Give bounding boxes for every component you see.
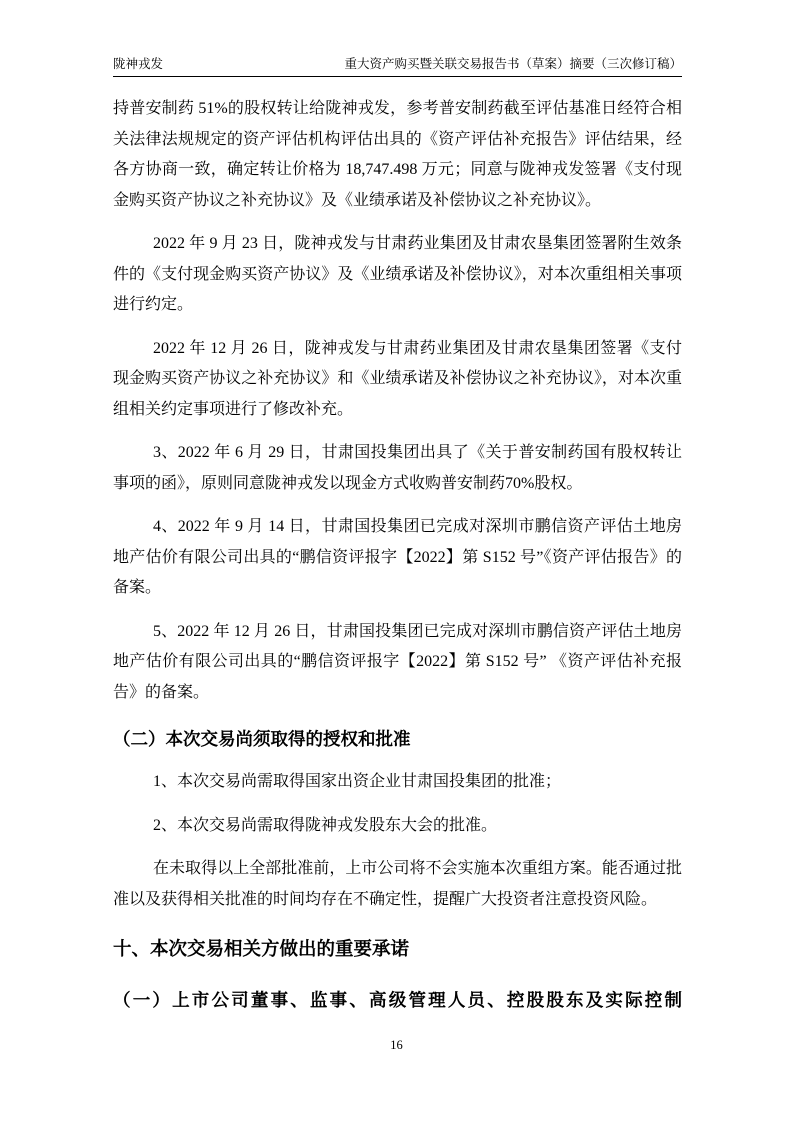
running-header: 陇神戎发 重大资产购买暨关联交易报告书（草案）摘要（三次修订稿） — [113, 56, 682, 77]
paragraph: 3、2022 年 6 月 29 日，甘肃国投集团出具了《关于普安制药国有股权转让… — [113, 438, 682, 499]
document-page: { "header": { "left": "陇神戎发", "right": "… — [0, 0, 793, 1122]
section-heading-listed-company: （一）上市公司董事、监事、高级管理人员、控股股东及实际控制 — [113, 985, 682, 1015]
paragraph: 持普安制药 51%的股权转让给陇神戎发，参考普安制药截至评估基准日经符合相关法律… — [113, 94, 682, 216]
list-item: 1、本次交易尚需取得国家出资企业甘肃国投集团的批准； — [113, 767, 682, 798]
page-number: 16 — [0, 1038, 793, 1053]
paragraph: 2022 年 9 月 23 日，陇神戎发与甘肃药业集团及甘肃农垦集团签署附生效条… — [113, 229, 682, 321]
paragraph: 5、2022 年 12 月 26 日，甘肃国投集团已完成对深圳市鹏信资产评估土地… — [113, 617, 682, 709]
section-heading-authorizations: （二）本次交易尚须取得的授权和批准 — [113, 724, 682, 754]
document-body: 持普安制药 51%的股权转让给陇神戎发，参考普安制药截至评估基准日经符合相关法律… — [113, 94, 682, 1028]
paragraph: 4、2022 年 9 月 14 日，甘肃国投集团已完成对深圳市鹏信资产评估土地房… — [113, 512, 682, 604]
header-document-title: 重大资产购买暨关联交易报告书（草案）摘要（三次修订稿） — [344, 56, 682, 72]
chapter-heading-commitments: 十、本次交易相关方做出的重要承诺 — [113, 933, 682, 965]
paragraph: 在未取得以上全部批准前，上市公司将不会实施本次重组方案。能否通过批准以及获得相关… — [113, 854, 682, 915]
header-company-name: 陇神戎发 — [113, 56, 163, 72]
list-item: 2、本次交易尚需取得陇神戎发股东大会的批准。 — [113, 811, 682, 842]
paragraph: 2022 年 12 月 26 日，陇神戎发与甘肃药业集团及甘肃农垦集团签署《支付… — [113, 334, 682, 426]
